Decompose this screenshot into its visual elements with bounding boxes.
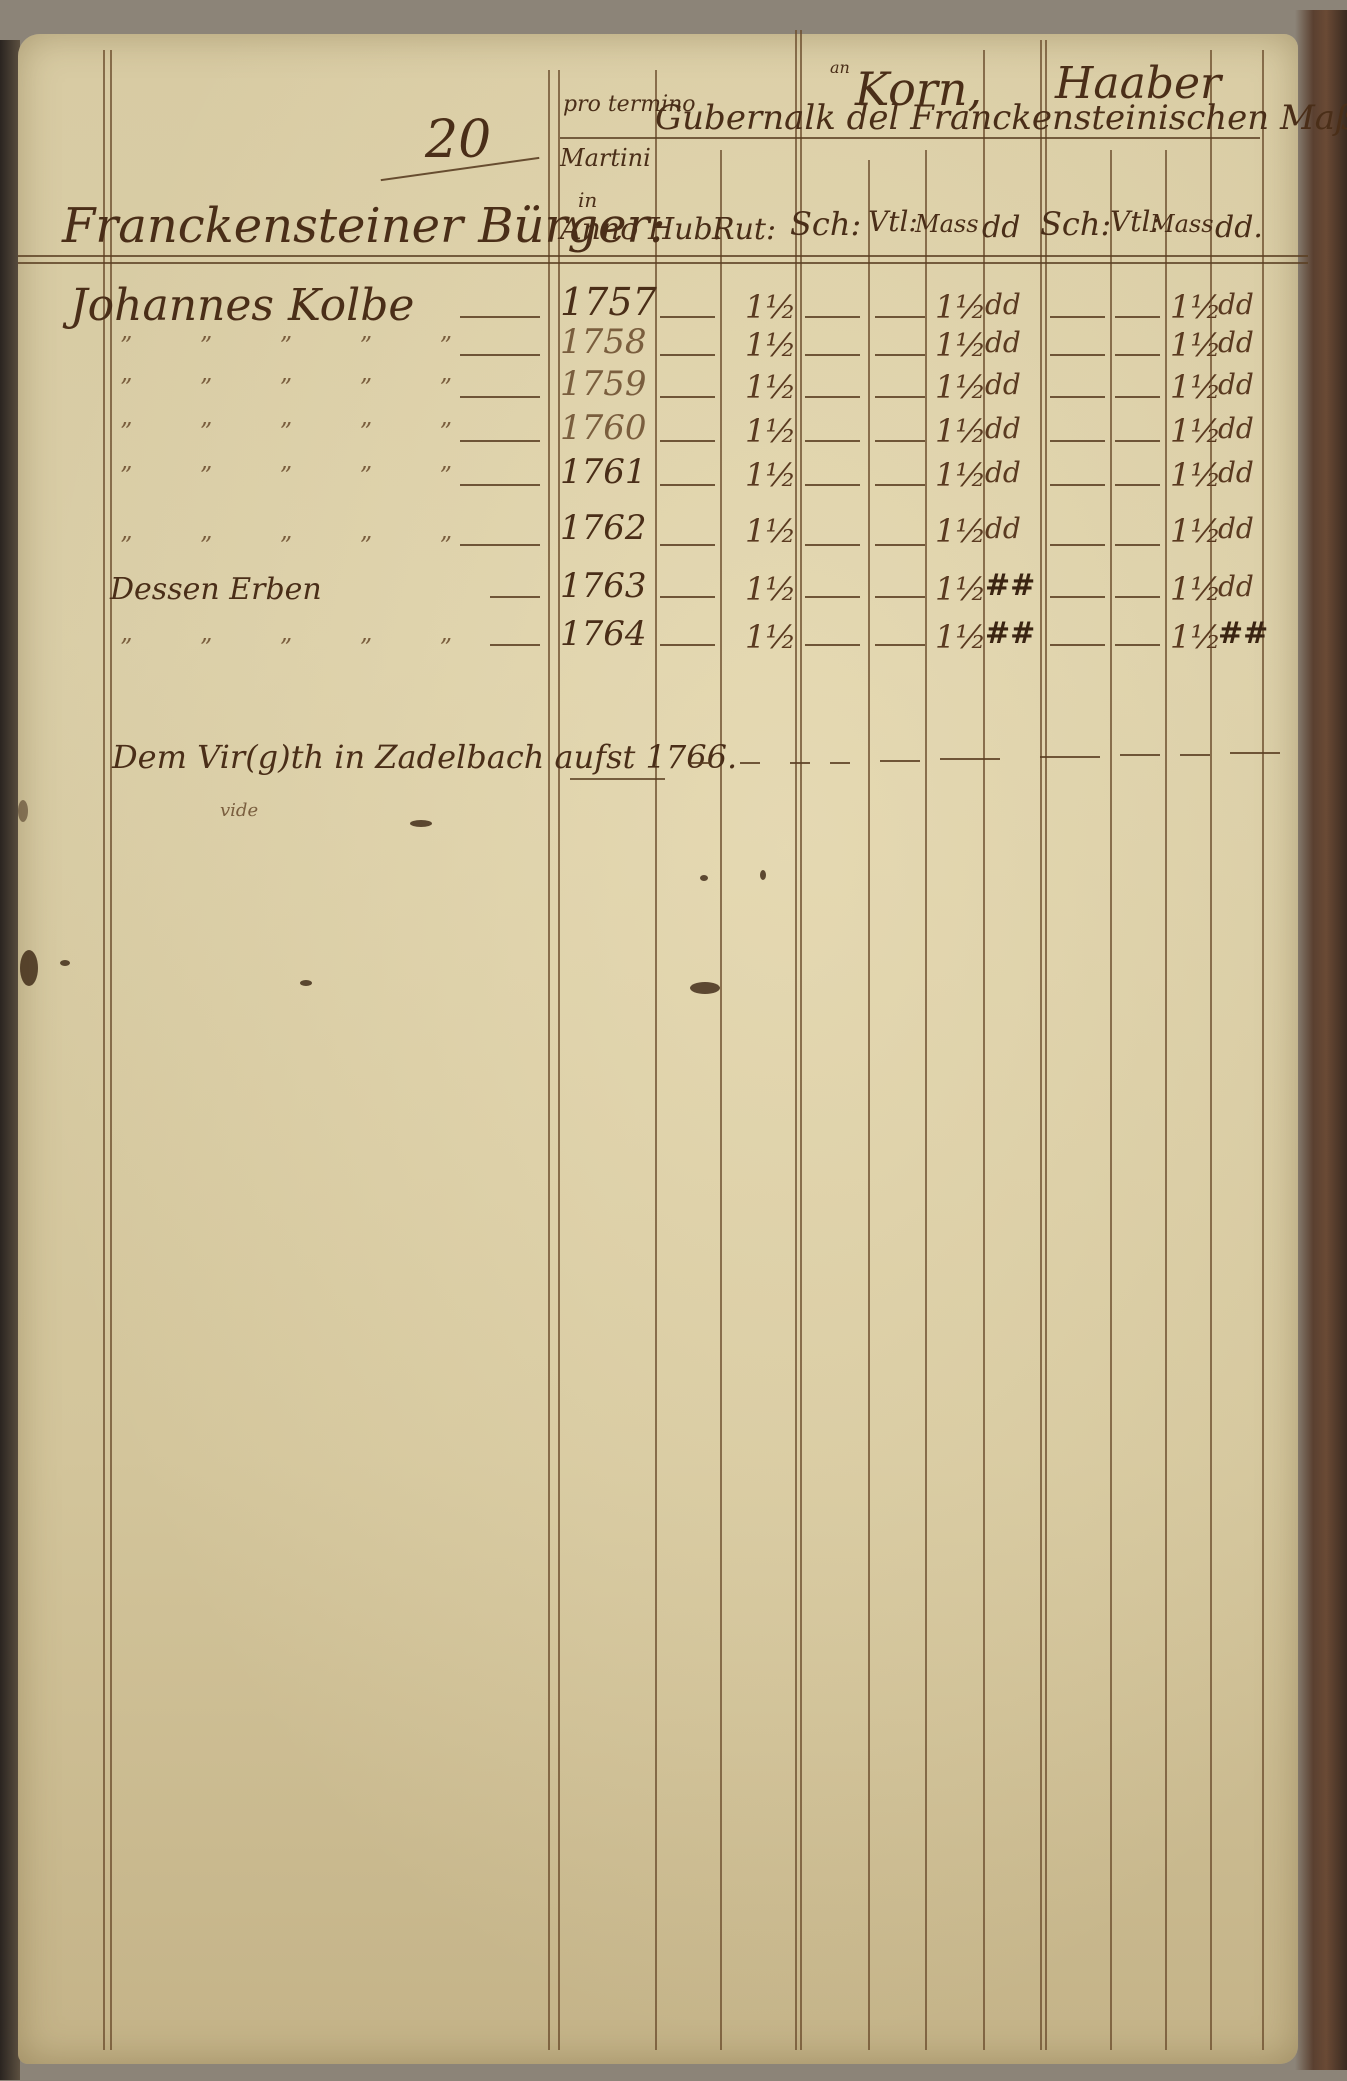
row-korn-mass: 1½ xyxy=(935,456,986,494)
row-haaber-mass: 1½ xyxy=(1170,326,1221,364)
row-rut: 1½ xyxy=(745,288,796,326)
row-rut: 1½ xyxy=(745,456,796,494)
row-korn-dd: dd xyxy=(985,512,1021,545)
col-korn-dd: dd xyxy=(982,210,1020,245)
row-name: ” ” ” ” ” xyxy=(120,532,452,560)
table-row: Dessen Erben 1763 1½ 1½ ## 1½ dd xyxy=(0,566,1347,612)
col-korn-sch: Sch: xyxy=(790,205,861,243)
row-haaber-dd: dd xyxy=(1218,456,1254,489)
col-haaber-sch: Sch: xyxy=(1040,205,1111,243)
header-title: Gubernalk del Franckensteinischen Maßes xyxy=(655,98,1347,138)
table-row: ” ” ” ” ” 1761 1½ 1½ dd 1½ dd xyxy=(0,452,1347,498)
row-korn-mass: 1½ xyxy=(935,412,986,450)
row-korn-dd: dd xyxy=(985,288,1021,321)
table-row: ” ” ” ” ” 1758 1½ 1½ dd 1½ dd xyxy=(0,322,1347,368)
row-rut: 1½ xyxy=(745,412,796,450)
row-name: ” ” ” ” ” xyxy=(120,634,452,662)
col-anno: Anno xyxy=(560,212,638,247)
table-row: ” ” ” ” ” 1762 1½ 1½ dd 1½ dd xyxy=(0,508,1347,554)
row-haaber-mass: 1½ xyxy=(1170,288,1221,326)
row-year: 1761 xyxy=(560,452,647,492)
row-haaber-mass: 1½ xyxy=(1170,368,1221,406)
row-rut: 1½ xyxy=(745,326,796,364)
header-rule-2 xyxy=(18,262,1308,264)
note-underline xyxy=(570,778,665,780)
row-korn-dd: dd xyxy=(985,368,1021,401)
row-year: 1757 xyxy=(560,280,657,324)
row-haaber-mass: 1½ xyxy=(1170,618,1221,656)
col-korn-vtl: Vtl: xyxy=(868,205,918,238)
row-haaber-mass: 1½ xyxy=(1170,512,1221,550)
col-haaber-dd: dd. xyxy=(1215,210,1263,245)
row-name: Dessen Erben xyxy=(110,572,322,607)
row-korn-dd: ## xyxy=(985,616,1035,651)
table-row: Johannes Kolbe 1757 1½ 1½ dd 1½ dd xyxy=(0,280,1347,326)
header-korn: Korn, xyxy=(855,62,982,116)
row-korn-mass: 1½ xyxy=(935,570,986,608)
row-rut: 1½ xyxy=(745,368,796,406)
row-haaber-dd: dd xyxy=(1218,368,1254,401)
row-haaber-mass: 1½ xyxy=(1170,456,1221,494)
table-row: ” ” ” ” ” 1760 1½ 1½ dd 1½ dd xyxy=(0,408,1347,454)
row-name: ” ” ” ” ” xyxy=(120,462,452,490)
row-korn-dd: dd xyxy=(985,456,1021,489)
row-year: 1758 xyxy=(560,322,647,362)
note-sub: vide xyxy=(220,800,258,821)
row-year: 1763 xyxy=(560,566,647,606)
row-name: ” ” ” ” ” xyxy=(120,374,452,402)
row-haaber-dd: ## xyxy=(1218,616,1268,651)
header-haaber: Haaber xyxy=(1055,58,1221,109)
col-rut: Rut: xyxy=(712,212,776,247)
row-korn-mass: 1½ xyxy=(935,368,986,406)
row-korn-dd: dd xyxy=(985,412,1021,445)
row-korn-dd: ## xyxy=(985,568,1035,603)
row-korn-mass: 1½ xyxy=(935,288,986,326)
table-row: ” ” ” ” ” 1764 1½ 1½ ## 1½ ## xyxy=(0,614,1347,660)
row-year: 1764 xyxy=(560,614,647,654)
note-text: Dem Vir(g)th in Zadelbach aufst 1766. xyxy=(112,738,737,776)
row-name: ” ” ” ” ” xyxy=(120,418,452,446)
row-haaber-dd: dd xyxy=(1218,570,1254,603)
row-year: 1762 xyxy=(560,508,647,548)
row-korn-mass: 1½ xyxy=(935,326,986,364)
row-haaber-dd: dd xyxy=(1218,512,1254,545)
page-number: 20 xyxy=(425,110,491,170)
col-haaber-mass: Mass xyxy=(1150,210,1214,238)
row-rut: 1½ xyxy=(745,570,796,608)
row-rut: 1½ xyxy=(745,618,796,656)
header-korn-prefix: an xyxy=(830,58,850,77)
col-korn-mass: Mass xyxy=(915,210,979,238)
row-haaber-mass: 1½ xyxy=(1170,570,1221,608)
row-haaber-dd: dd xyxy=(1218,412,1254,445)
row-korn-mass: 1½ xyxy=(935,618,986,656)
row-year: 1759 xyxy=(560,364,647,404)
row-korn-dd: dd xyxy=(985,326,1021,359)
table-row: ” ” ” ” ” 1759 1½ 1½ dd 1½ dd xyxy=(0,364,1347,410)
header-martini: Martini xyxy=(560,144,651,172)
row-haaber-dd: dd xyxy=(1218,326,1254,359)
row-haaber-dd: dd xyxy=(1218,288,1254,321)
header-rule-1 xyxy=(18,255,1308,257)
row-year: 1760 xyxy=(560,408,647,448)
row-name: ” ” ” ” ” xyxy=(120,332,452,360)
row-haaber-mass: 1½ xyxy=(1170,412,1221,450)
row-rut: 1½ xyxy=(745,512,796,550)
row-korn-mass: 1½ xyxy=(935,512,986,550)
